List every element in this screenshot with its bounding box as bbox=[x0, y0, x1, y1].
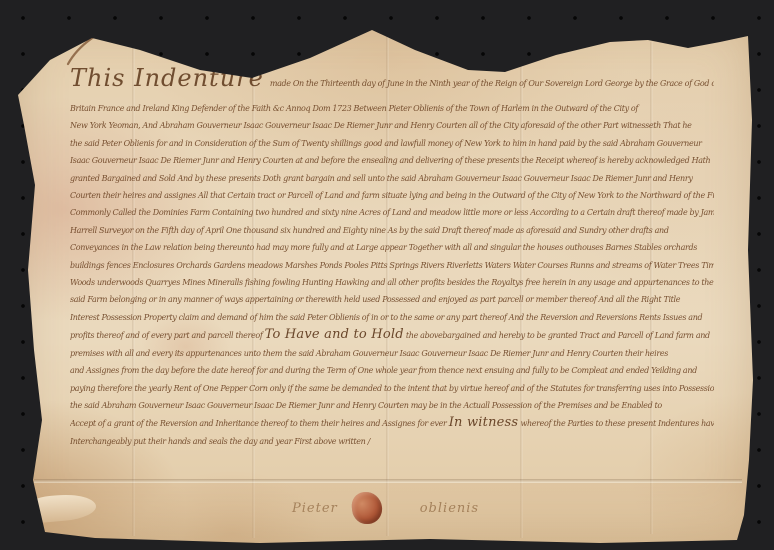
deed-line-text: premises with all and every its appurten… bbox=[70, 349, 668, 358]
deed-line: Commonly Called the Dominies Farm Contai… bbox=[70, 204, 714, 221]
deed-line: granted Bargained and Sold And by these … bbox=[70, 170, 714, 187]
wax-seal bbox=[350, 491, 383, 526]
deed-line-text: Interchangeably put their hands and seal… bbox=[70, 437, 370, 446]
deed-line: Britain France and Ireland King Defender… bbox=[70, 100, 714, 117]
deed-line: New York Yeoman, And Abraham Gouverneur … bbox=[70, 117, 714, 134]
deed-line: Harrell Surveyor on the Fifth day of Apr… bbox=[70, 222, 714, 239]
pen-flourish bbox=[62, 8, 232, 68]
deed-line-text: and Assignes from the day before the dat… bbox=[70, 366, 697, 375]
deed-line-text: the said Peter Oblienis for and in Consi… bbox=[70, 139, 702, 148]
deed-line: said Farm belonging or in any manner of … bbox=[70, 291, 714, 308]
deed-line-text: paying therefore the yearly Rent of One … bbox=[70, 384, 714, 393]
deed-line-text: Conveyances in the Law relation being th… bbox=[70, 243, 697, 252]
emphasized-phrase: In witness bbox=[449, 415, 519, 430]
deed-line-text: Interest Possession Property claim and d… bbox=[70, 313, 702, 322]
deed-line-text: Harrell Surveyor on the Fifth day of Apr… bbox=[70, 226, 669, 235]
deed-line-text: the abovebargained and hereby to be gran… bbox=[404, 331, 710, 340]
deed-line: the said Peter Oblienis for and in Consi… bbox=[70, 135, 714, 152]
deed-line-text: Courten their heires and assignes All th… bbox=[70, 191, 714, 200]
deed-line: Isaac Gouverneur Isaac De Riemer Junr an… bbox=[70, 152, 714, 169]
opening-words: This Indenture bbox=[70, 64, 264, 92]
deed-line-text: Britain France and Ireland King Defender… bbox=[70, 104, 638, 113]
deed-line-text: Commonly Called the Dominies Farm Contai… bbox=[70, 208, 714, 217]
deed-line-text: whereof the Parties to these present Ind… bbox=[518, 419, 714, 428]
deed-line-text: profits thereof and of every part and pa… bbox=[70, 331, 265, 340]
deed-line-text: made On the Thirteenth day of June in th… bbox=[270, 79, 714, 88]
signature-first-name: Pieter bbox=[292, 501, 338, 516]
parchment-sheet: This Indenturemade On the Thirteenth day… bbox=[0, 0, 774, 550]
emphasized-phrase: To Have and to Hold bbox=[265, 327, 404, 342]
deed-line: Interest Possession Property claim and d… bbox=[70, 309, 714, 326]
deed-line-text: Accept of a grant of the Reversion and I… bbox=[70, 419, 449, 428]
deed-line: Courten their heires and assignes All th… bbox=[70, 187, 714, 204]
deed-line: the said Abraham Gouverneur Isaac Gouver… bbox=[70, 397, 714, 414]
deed-line: Woods underwoods Quarryes Mines Minerall… bbox=[70, 274, 714, 291]
deed-line-text: Woods underwoods Quarryes Mines Minerall… bbox=[70, 278, 713, 287]
photo-backdrop-pegboard: This Indenturemade On the Thirteenth day… bbox=[0, 0, 774, 550]
deed-line: Interchangeably put their hands and seal… bbox=[70, 433, 714, 450]
deed-line-text: buildings fences Enclosures Orchards Gar… bbox=[70, 261, 714, 270]
deed-text: This Indenturemade On the Thirteenth day… bbox=[70, 62, 714, 450]
deed-line: Accept of a grant of the Reversion and I… bbox=[70, 414, 714, 432]
signature-last-name: oblienis bbox=[420, 501, 479, 516]
deed-line: Conveyances in the Law relation being th… bbox=[70, 239, 714, 256]
deed-line: buildings fences Enclosures Orchards Gar… bbox=[70, 257, 714, 274]
signature-row: Pieter oblienis bbox=[292, 492, 479, 524]
deed-line-text: the said Abraham Gouverneur Isaac Gouver… bbox=[70, 401, 662, 410]
deed-line: profits thereof and of every part and pa… bbox=[70, 326, 714, 344]
deed-line: This Indenturemade On the Thirteenth day… bbox=[70, 62, 714, 100]
deed-line-text: granted Bargained and Sold And by these … bbox=[70, 174, 693, 183]
deed-line: and Assignes from the day before the dat… bbox=[70, 362, 714, 379]
deed-line-text: said Farm belonging or in any manner of … bbox=[70, 295, 680, 304]
deed-line-text: New York Yeoman, And Abraham Gouverneur … bbox=[70, 121, 692, 130]
deed-line: paying therefore the yearly Rent of One … bbox=[70, 380, 714, 397]
deed-line-text: Isaac Gouverneur Isaac De Riemer Junr an… bbox=[70, 156, 710, 165]
deed-line: premises with all and every its appurten… bbox=[70, 345, 714, 362]
